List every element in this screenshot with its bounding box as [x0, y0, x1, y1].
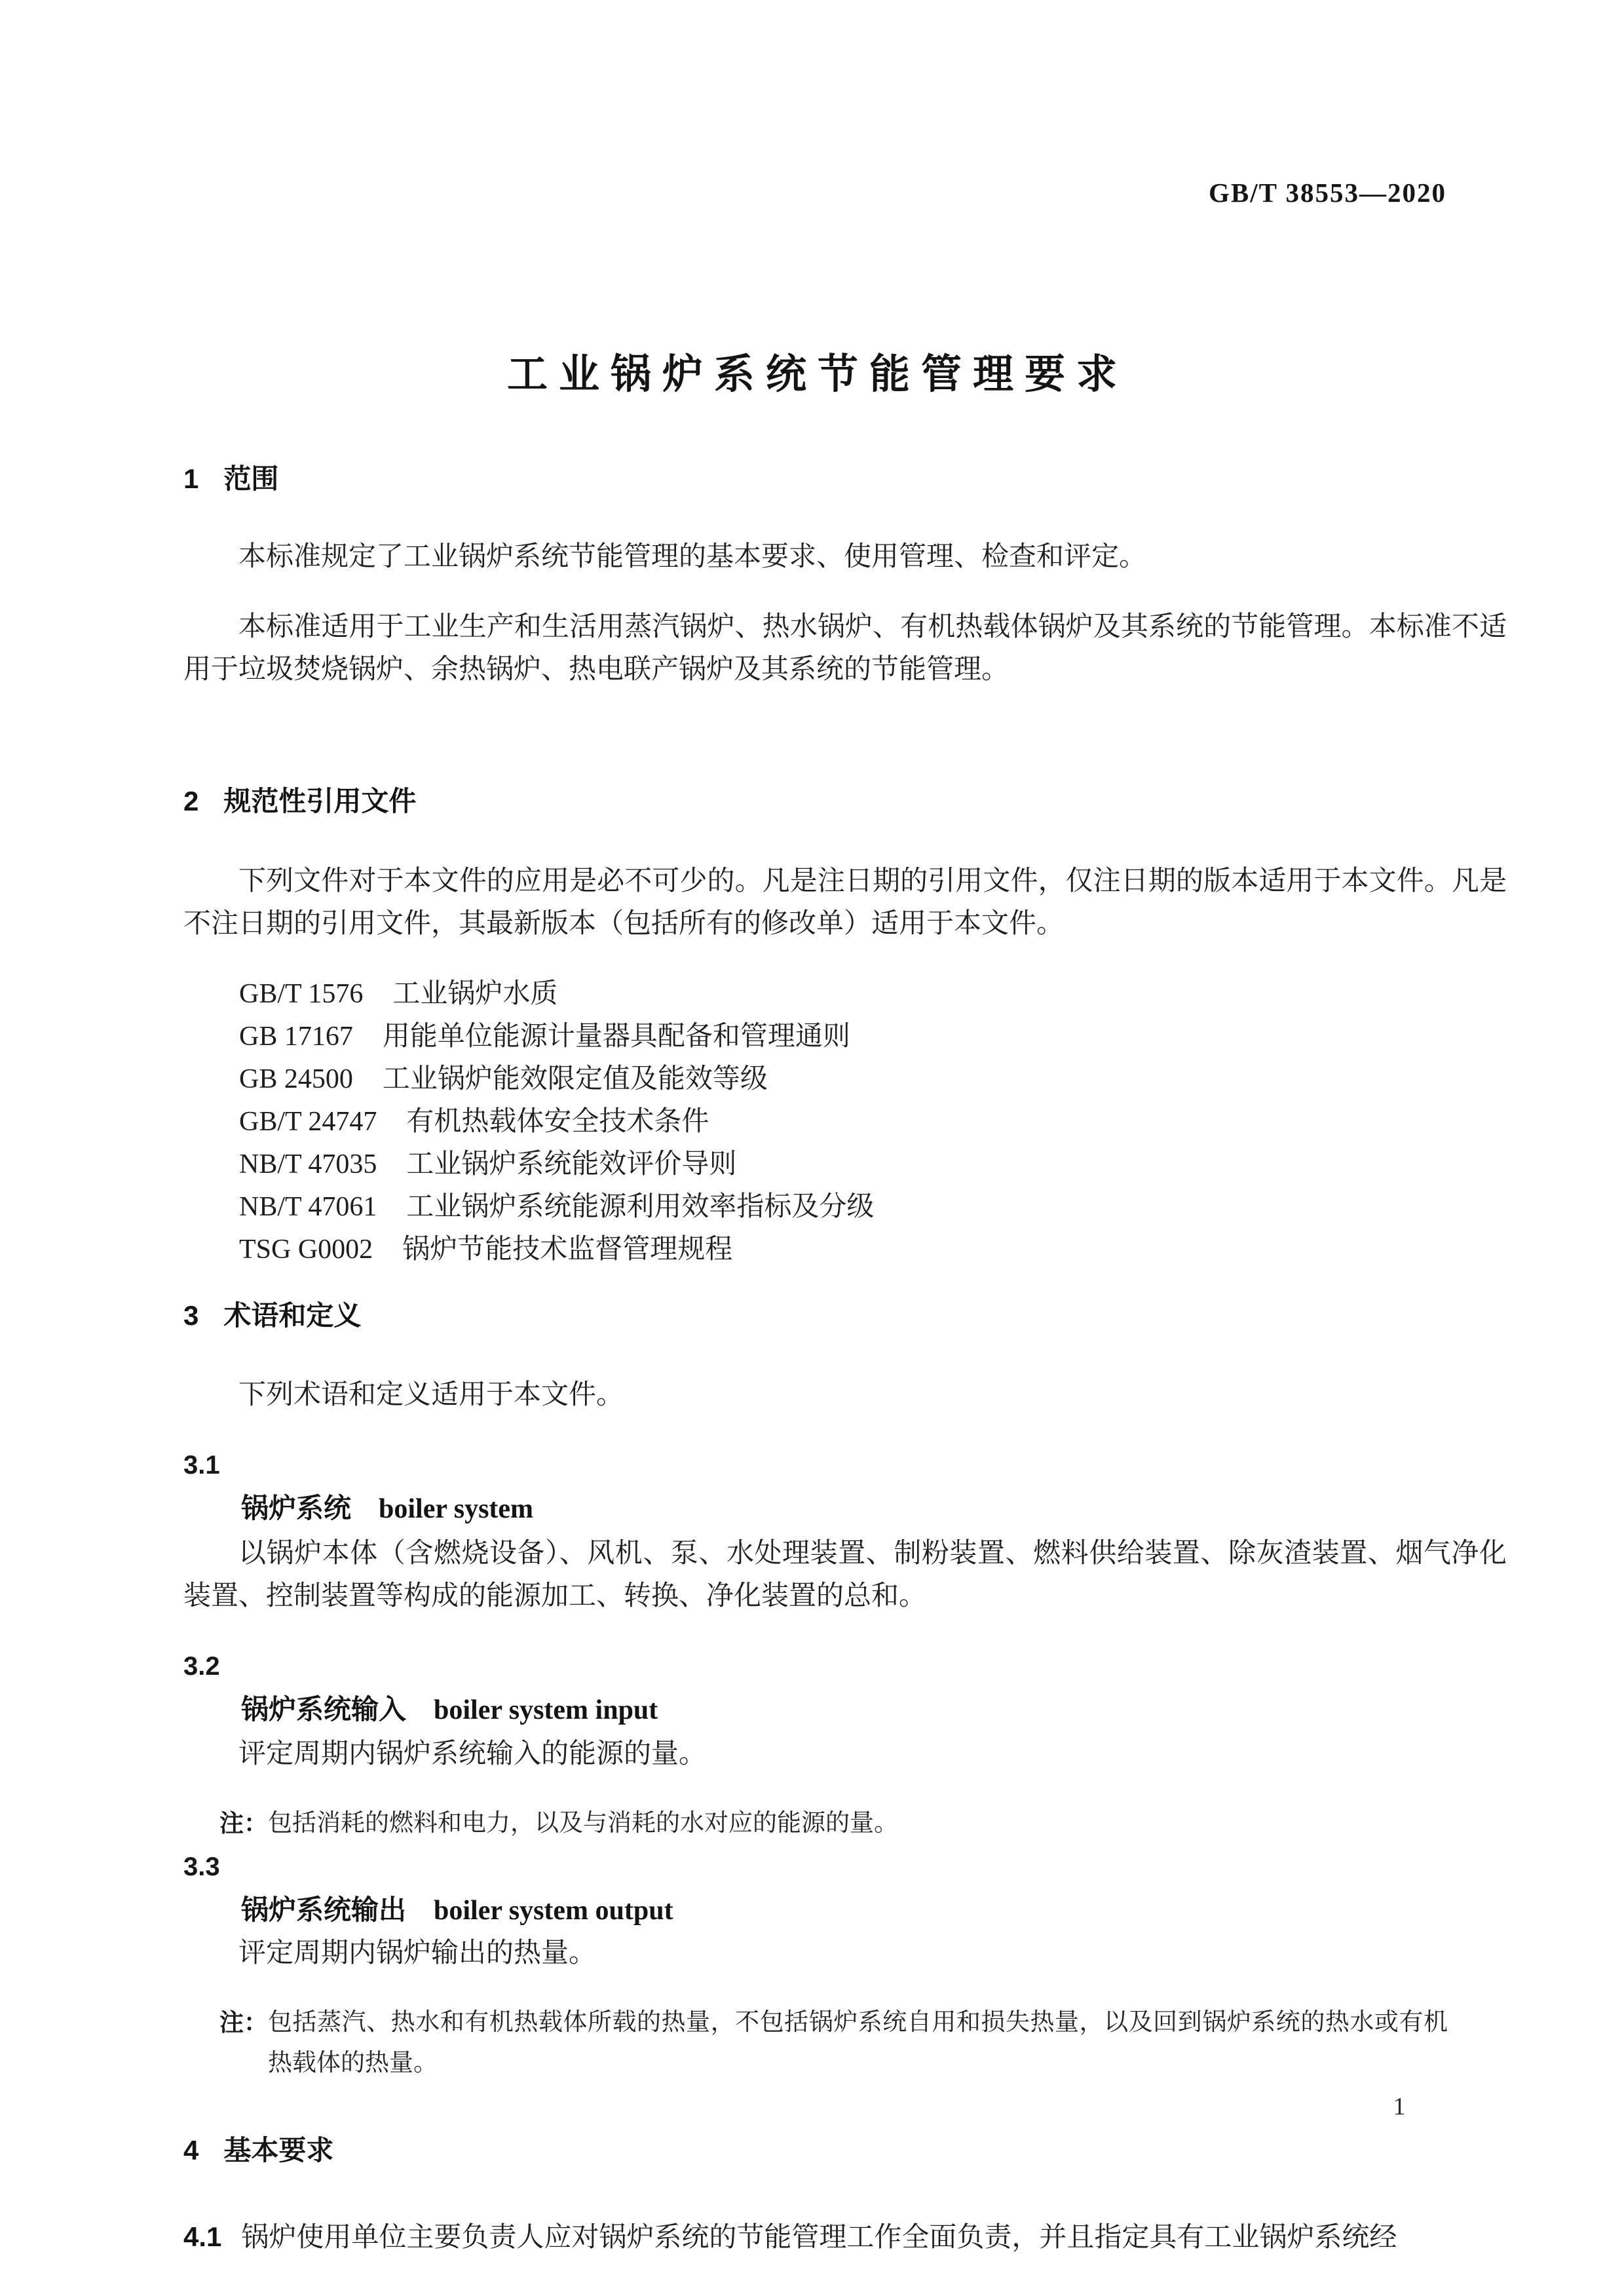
section-3-heading-text: 术语和定义	[223, 1300, 361, 1331]
reference-title: 工业锅炉系统能效评价导则	[406, 1149, 736, 1179]
reference-title: 锅炉节能技术监督管理规程	[402, 1234, 732, 1265]
section-2-number: 2	[183, 786, 198, 816]
scope-paragraph-1: 本标准规定了工业锅炉系统节能管理的基本要求、使用管理、检查和评定。	[183, 536, 1507, 579]
document-page: GB/T 38553—2020 工业锅炉系统节能管理要求 1范围 本标准规定了工…	[0, 0, 1624, 2296]
scope-paragraph-2: 本标准适用于工业生产和生活用蒸汽锅炉、热水锅炉、有机热载体锅炉及其系统的节能管理…	[183, 606, 1507, 691]
reference-code: GB/T 24747	[239, 1107, 377, 1137]
section-3-heading: 3术语和定义	[183, 1299, 1507, 1332]
reference-item: GB/T 1576工业锅炉水质	[183, 973, 1507, 1016]
term-zh: 锅炉系统输出	[241, 1894, 406, 1925]
document-body: 1范围 本标准规定了工业锅炉系统节能管理的基本要求、使用管理、检查和评定。 本标…	[183, 0, 1507, 2287]
reference-item: NB/T 47061工业锅炉系统能源利用效率指标及分级	[183, 1186, 1507, 1229]
reference-title: 工业锅炉能效限定值及能效等级	[383, 1064, 768, 1094]
reference-title: 工业锅炉水质	[392, 979, 557, 1009]
reference-title: 工业锅炉系统能源利用效率指标及分级	[406, 1192, 874, 1222]
reference-code: GB 24500	[239, 1064, 353, 1094]
note-label: 注：	[219, 1803, 268, 1844]
section-2-heading: 2规范性引用文件	[183, 785, 1507, 818]
term-number: 3.3	[183, 1846, 1507, 1888]
note-label: 注：	[219, 2002, 268, 2084]
section-3-number: 3	[183, 1300, 198, 1331]
note-text: 包括蒸汽、热水和有机热载体所载的热量，不包括锅炉系统自用和损失热量，以及回到锅炉…	[268, 2002, 1448, 2084]
section-4-number: 4	[183, 2135, 198, 2166]
term-note: 注：包括消耗的燃料和电力，以及与消耗的水对应的能源的量。	[183, 1803, 1507, 1844]
section-1-heading-text: 范围	[223, 463, 278, 494]
term-definition: 评定周期内锅炉系统输入的能源的量。	[183, 1733, 1507, 1776]
clause-4-1-number: 4.1	[183, 2221, 221, 2252]
term-zh: 锅炉系统	[241, 1493, 351, 1523]
term-en: boiler system	[379, 1494, 533, 1524]
reference-item: GB/T 24747有机热载体安全技术条件	[183, 1101, 1507, 1143]
reference-item: NB/T 47035工业锅炉系统能效评价导则	[183, 1143, 1507, 1186]
section-2-heading-text: 规范性引用文件	[223, 786, 416, 816]
reference-title: 用能单位能源计量器具配备和管理通则	[383, 1022, 850, 1052]
term-number: 3.2	[183, 1645, 1507, 1688]
reference-code: TSG G0002	[239, 1234, 373, 1265]
term-definition: 以锅炉本体（含燃烧设备）、风机、泵、水处理装置、制粉装置、燃料供给装置、除灰渣装…	[183, 1533, 1507, 1618]
clause-4-1: 4.1锅炉使用单位主要负责人应对锅炉系统的节能管理工作全面负责，并且指定具有工业…	[183, 2215, 1507, 2259]
section-4-heading-text: 基本要求	[223, 2135, 333, 2166]
section-1-heading: 1范围	[183, 463, 1507, 495]
note-text: 包括消耗的燃料和电力，以及与消耗的水对应的能源的量。	[268, 1803, 1448, 1844]
term-en: boiler system input	[434, 1695, 658, 1725]
term-zh: 锅炉系统输入	[241, 1694, 406, 1725]
reference-code: NB/T 47035	[239, 1149, 377, 1179]
term-definition: 评定周期内锅炉输出的热量。	[183, 1932, 1507, 1975]
page-number: 1	[1380, 2092, 1419, 2121]
reference-item: TSG G0002锅炉节能技术监督管理规程	[183, 1229, 1507, 1271]
term-number: 3.1	[183, 1444, 1507, 1487]
reference-item: GB 24500工业锅炉能效限定值及能效等级	[183, 1058, 1507, 1101]
section-4-heading: 4基本要求	[183, 2134, 1507, 2167]
reference-code: GB/T 1576	[239, 979, 363, 1009]
term-heading: 锅炉系统输入boiler system input	[183, 1688, 1507, 1732]
section-1-number: 1	[183, 463, 198, 494]
reference-code: GB 17167	[239, 1022, 353, 1052]
term-heading: 锅炉系统输出boiler system output	[183, 1888, 1507, 1932]
reference-item: GB 17167用能单位能源计量器具配备和管理通则	[183, 1016, 1507, 1058]
normative-references-intro: 下列文件对于本文件的应用是必不可少的。凡是注日期的引用文件，仅注日期的版本适用于…	[183, 860, 1507, 946]
term-heading: 锅炉系统boiler system	[183, 1487, 1507, 1531]
term-en: boiler system output	[434, 1896, 673, 1926]
term-note: 注：包括蒸汽、热水和有机热载体所载的热量，不包括锅炉系统自用和损失热量，以及回到…	[183, 2002, 1507, 2084]
terms-intro: 下列术语和定义适用于本文件。	[183, 1374, 1507, 1417]
clause-4-1-text: 锅炉使用单位主要负责人应对锅炉系统的节能管理工作全面负责，并且指定具有工业锅炉系…	[241, 2223, 1397, 2253]
normative-references-list: GB/T 1576工业锅炉水质 GB 17167用能单位能源计量器具配备和管理通…	[183, 973, 1507, 1271]
reference-code: NB/T 47061	[239, 1192, 377, 1222]
reference-title: 有机热载体安全技术条件	[406, 1107, 709, 1137]
